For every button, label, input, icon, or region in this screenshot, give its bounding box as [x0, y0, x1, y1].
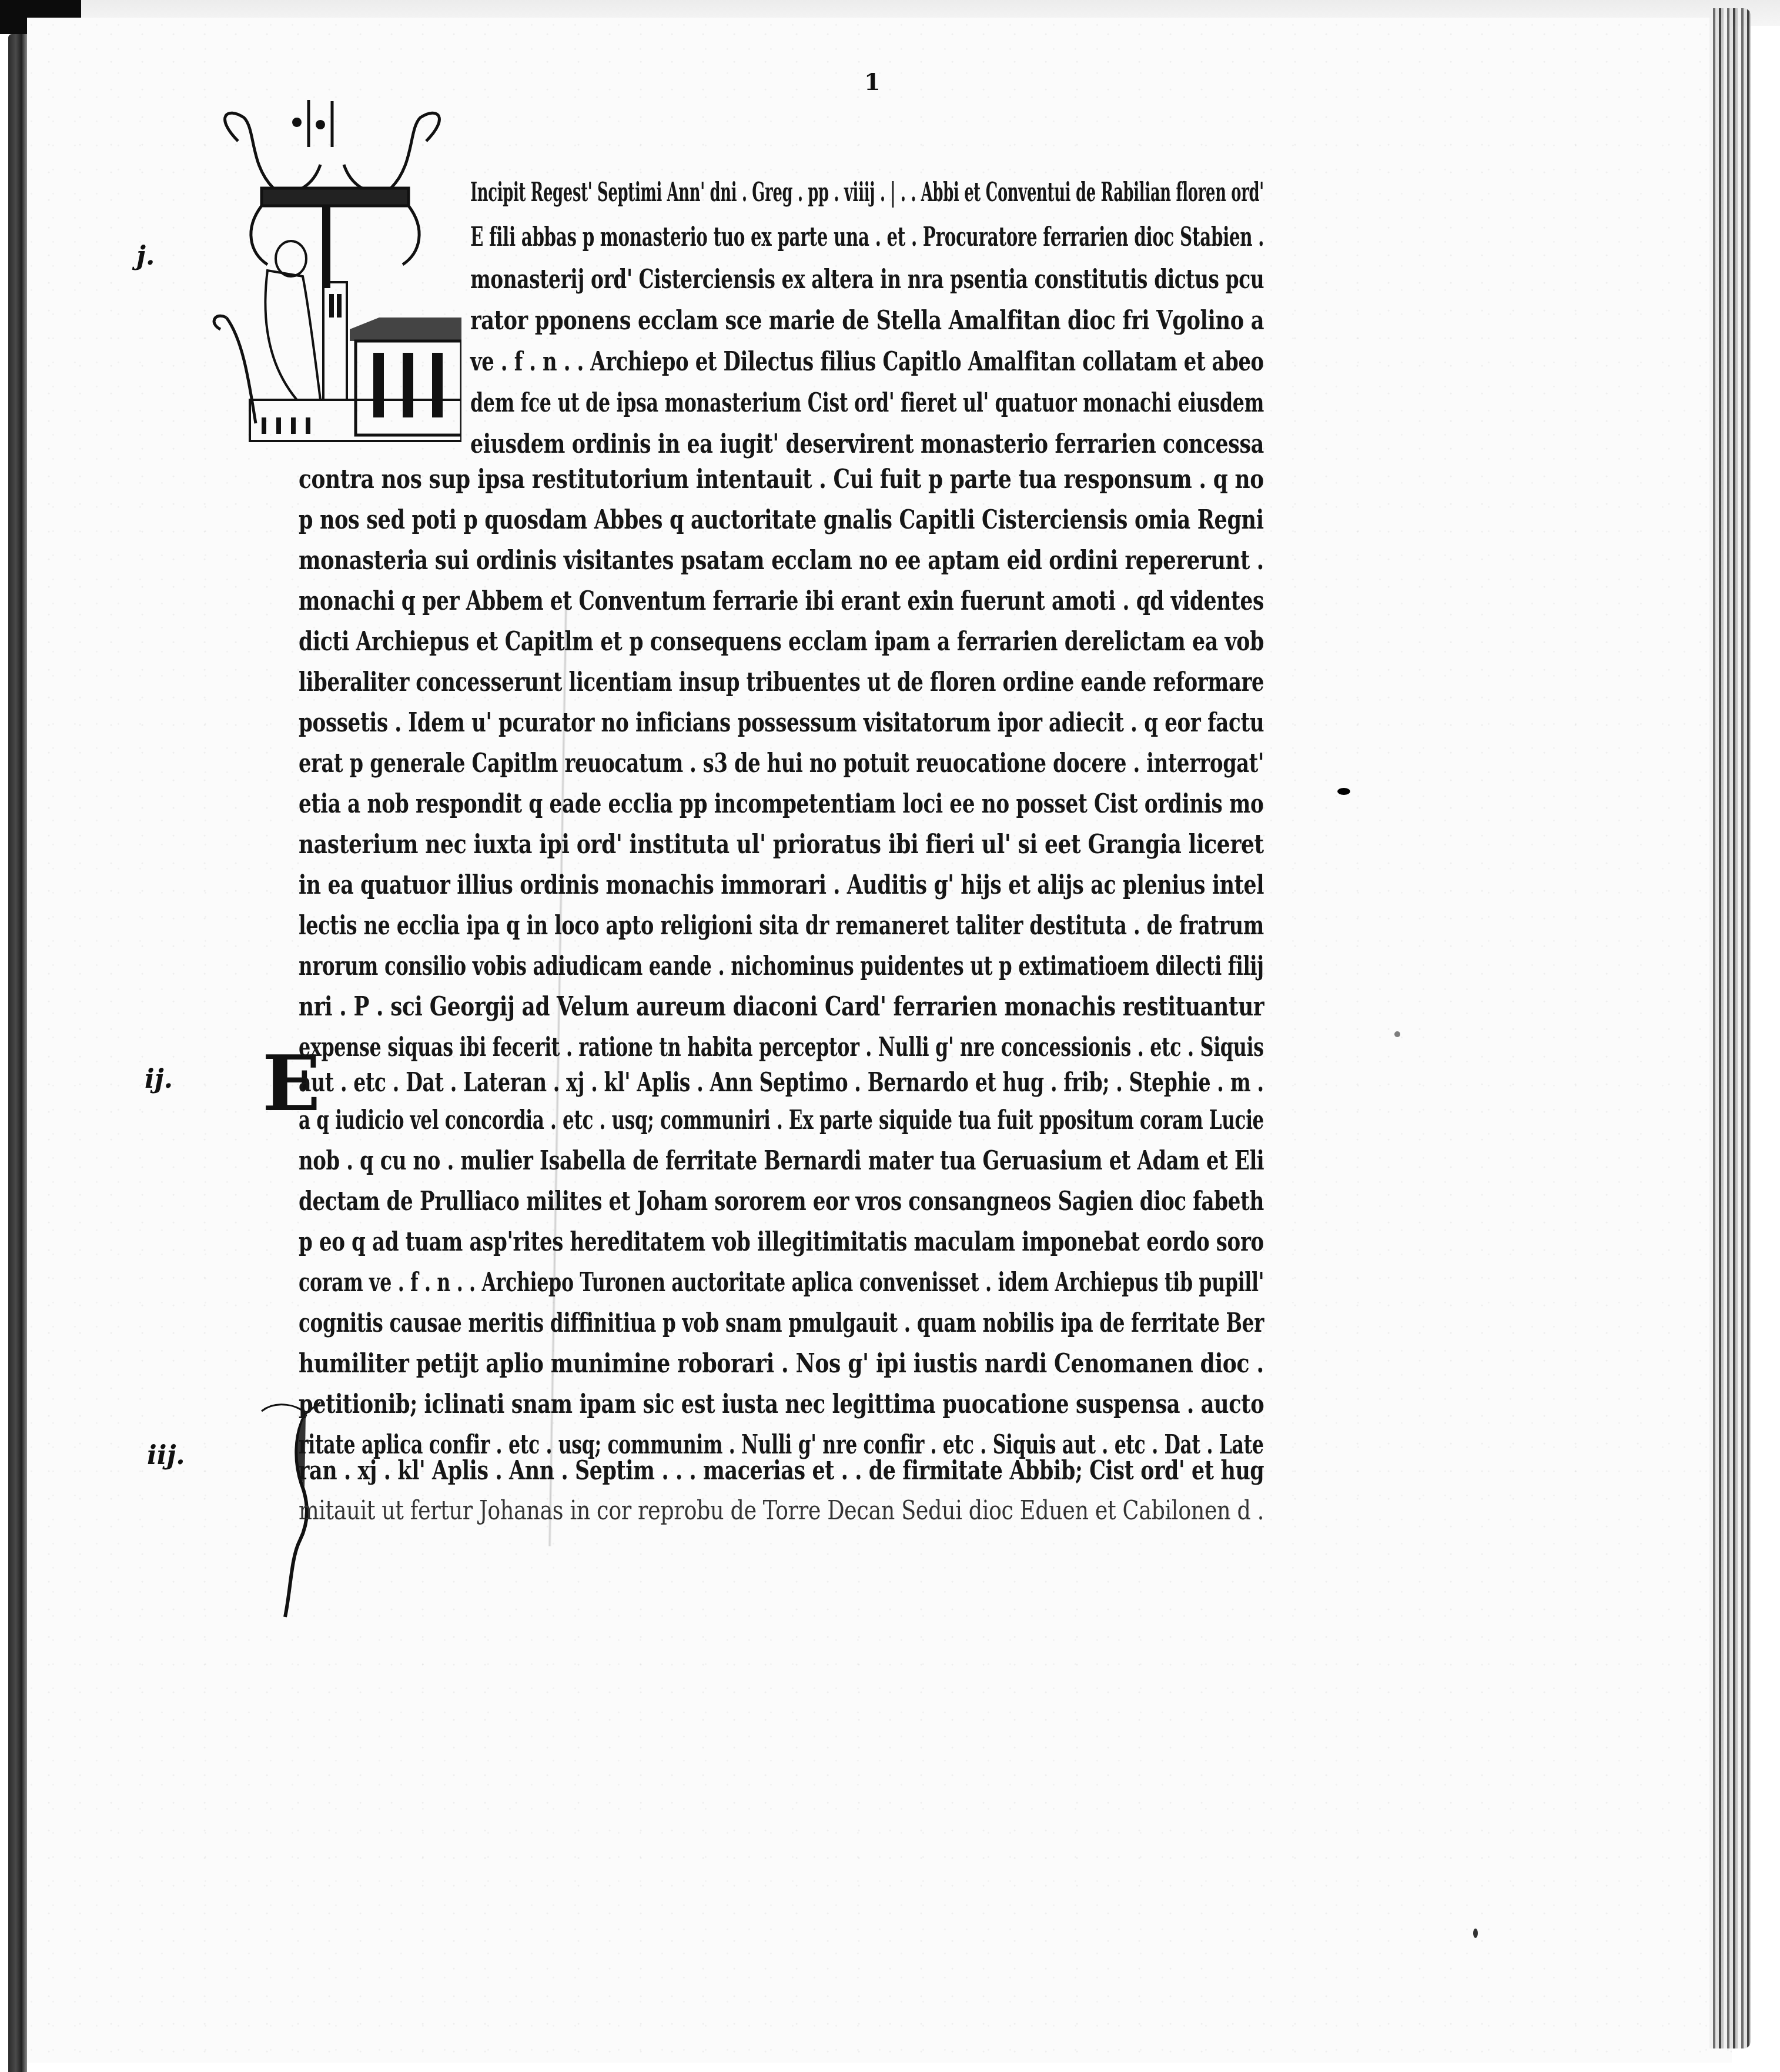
text-line-28: coram ve . f . n . . Archiepo Turonen au…	[299, 1265, 1264, 1301]
text-line-15: erat p generale Capitlm reuocatum . s3 d…	[299, 746, 1264, 781]
text-line-14: possetis . Idem u' pcurator no inficians…	[299, 706, 1264, 741]
text-line-26: dectam de Prulliaco milites et Joham sor…	[299, 1184, 1264, 1219]
text-line-29: cognitis causae meritis diffinitiua p vo…	[299, 1306, 1264, 1341]
ink-speck	[1337, 788, 1350, 795]
text-line-12: dicti Archiepus et Capitlm et p conseque…	[299, 624, 1264, 660]
text-line-6: dem fce ut de ipsa monasterium Cist ord'…	[470, 386, 1264, 421]
text-line-7: eiusdem ordinis in ea iugit' deservirent…	[470, 427, 1264, 462]
text-line-31: petitionib; iclinati snam ipam sic est i…	[299, 1387, 1264, 1422]
text-line-20: nrorum consilio vobis adiudicam eande . …	[299, 949, 1264, 984]
text-line-8: contra nos sup ipsa restitutorium intent…	[299, 462, 1264, 497]
text-line-17: nasterium nec iuxta ipi ord' instituta u…	[299, 827, 1264, 863]
margin-number-3: iij.	[147, 1441, 185, 1471]
book-binding-left	[8, 34, 27, 2072]
text-line-9: p nos sed poti p quosdam Abbes q auctori…	[299, 503, 1264, 538]
text-line-18: in ea quatuor illius ordinis monachis im…	[299, 868, 1264, 903]
text-line-13: liberaliter concesserunt licentiam insup…	[299, 665, 1264, 700]
text-line-22: expense siquas ibi fecerit . ratione tn …	[299, 1030, 1264, 1065]
text-line-16: etia a nob respondit q eade ecclia pp in…	[299, 787, 1264, 822]
text-line-34: mitauit ut fertur Johanas in cor reprobu…	[299, 1493, 1264, 1529]
ink-speck	[1394, 1031, 1400, 1037]
margin-number-1: j.	[136, 241, 155, 271]
text-line-2: E fili abbas p monasterio tuo ex parte u…	[470, 220, 1264, 255]
text-line-27: p eo q ad tuam asp'rites hereditatem vob…	[299, 1225, 1264, 1260]
book-page-edges	[1709, 8, 1751, 2048]
folio-number: 1	[864, 68, 881, 96]
text-line-23: aut . etc . Dat . Lateran . xj . kl' Apl…	[299, 1065, 1264, 1101]
historiated-initial-t-icon	[203, 94, 461, 459]
text-line-3: monasterij ord' Cisterciensis ex altera …	[470, 262, 1264, 298]
text-line-25: nob . q cu no . mulier Isabella de ferri…	[299, 1144, 1264, 1179]
text-line-10: monasteria sui ordinis visitantes psatam…	[299, 543, 1264, 579]
text-line-21: nri . P . sci Georgij ad Velum aureum di…	[299, 990, 1264, 1025]
text-line-4: rator pponens ecclam sce marie de Stella…	[470, 303, 1264, 339]
text-line-33: ran . xj . kl' Aplis . Ann . Septim . . …	[299, 1453, 1264, 1489]
ink-speck	[1473, 1929, 1478, 1938]
text-line-11: monachi q per Abbem et Conventum ferrari…	[299, 584, 1264, 619]
margin-number-2: ij.	[145, 1064, 173, 1094]
text-line-1: Incipit Regest' Septimi Ann' dni . Greg …	[470, 175, 1264, 210]
text-line-30: humiliter petijt aplio munimine roborari…	[299, 1346, 1264, 1382]
text-line-24: a q iudicio vel concordia . etc . usq; c…	[299, 1103, 1264, 1138]
text-line-19: lectis ne ecclia ipa q in loco apto reli…	[299, 908, 1264, 944]
text-line-5: ve . f . n . . Archiepo et Dilectus fili…	[470, 345, 1264, 380]
